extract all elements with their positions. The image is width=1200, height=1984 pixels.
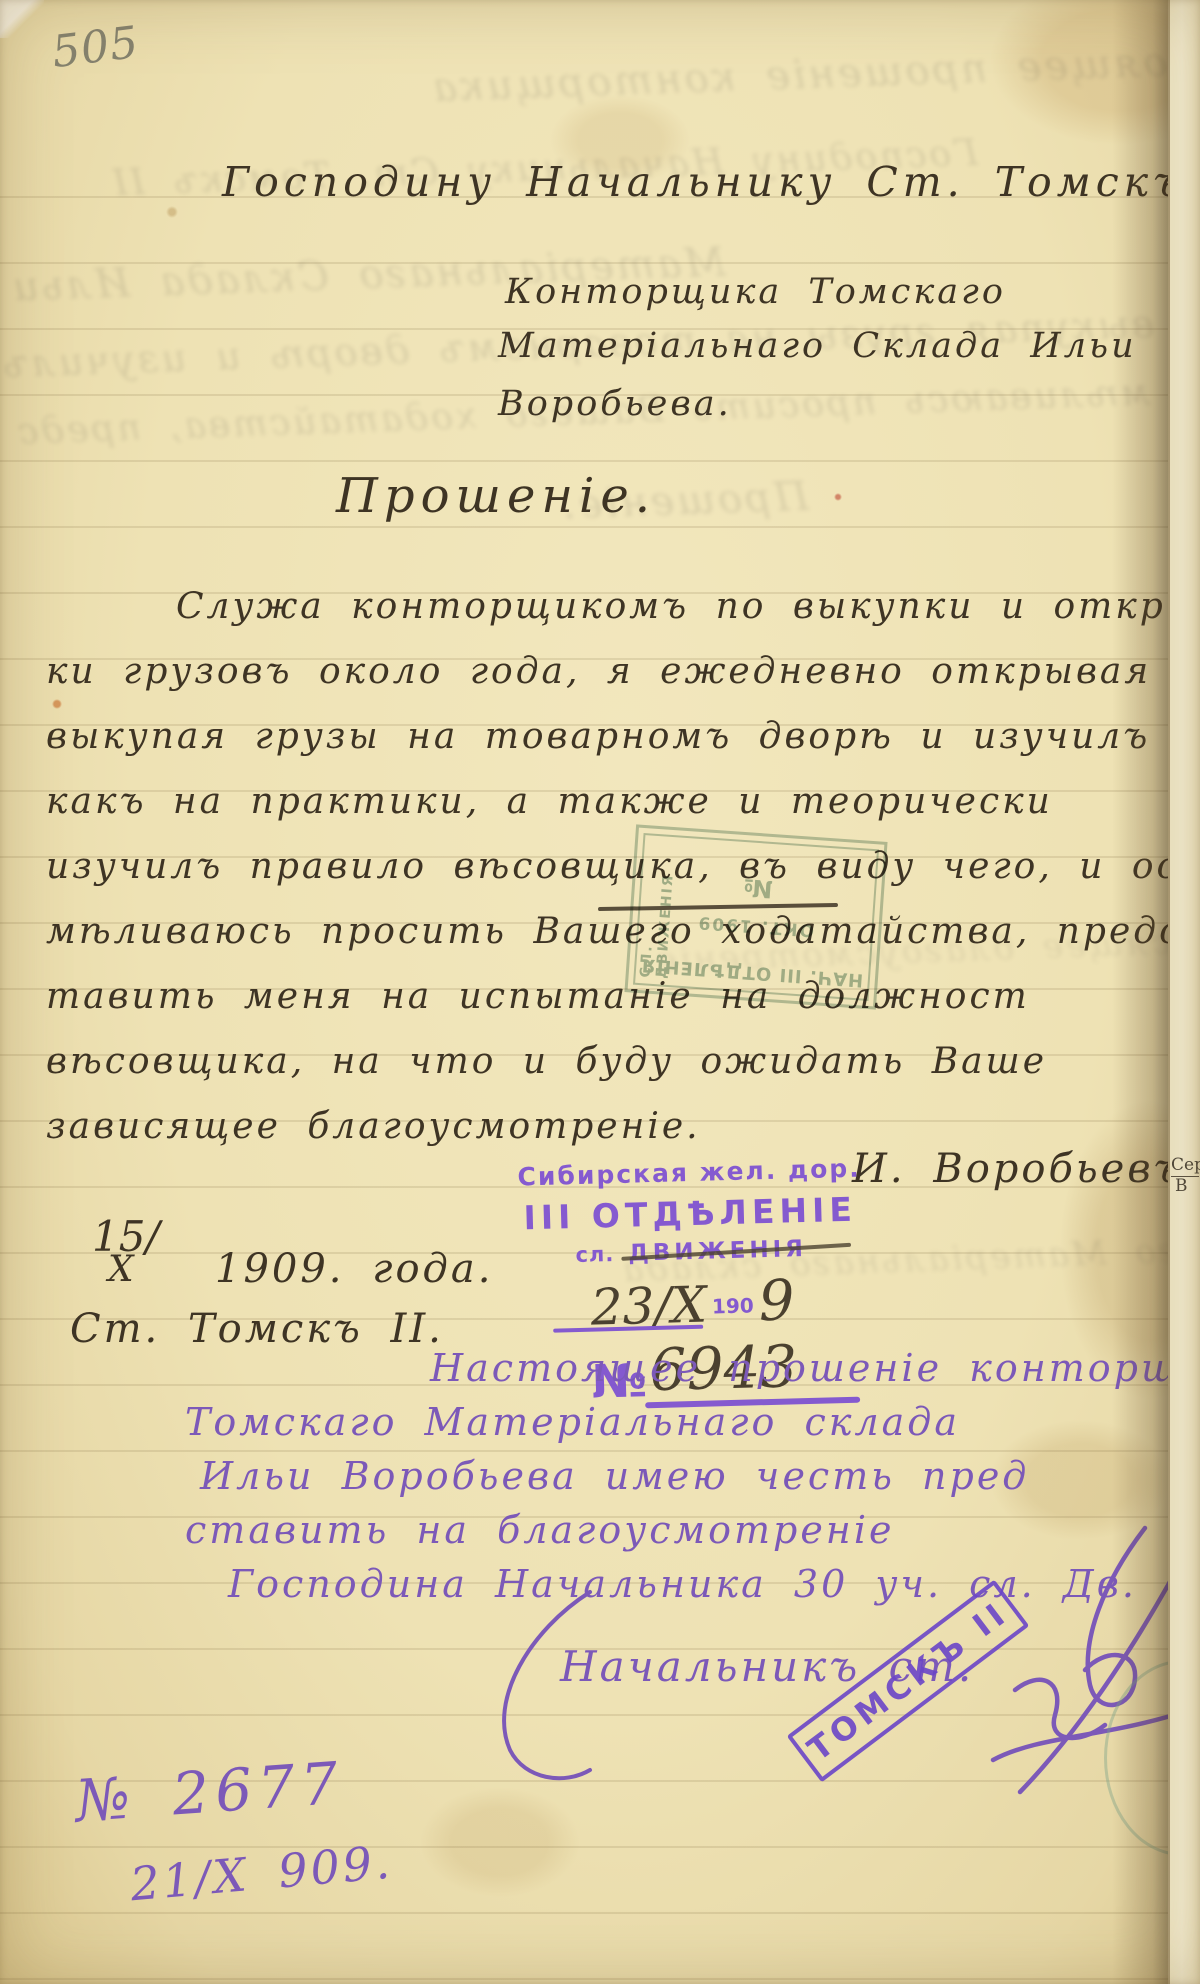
- resolution-line: ставить на благоусмотреніе: [185, 1508, 894, 1552]
- body-line: выкупая грузы на товарномъ дворѣ и изучи…: [46, 716, 1150, 757]
- body-line: вѣсовщика, на что и буду ожидать Ваше: [46, 1041, 1047, 1082]
- stamp-railway-name: Сибирская жел. дор.: [489, 1153, 890, 1192]
- resolution-line: Томскаго Матеріальнаго склада: [185, 1400, 960, 1444]
- stamp-year-printed: 190: [712, 1293, 754, 1318]
- green-stamp-frame: НАЧ. III ОТДѢЛЕНІЯ ОКТ. 1909 № СЛ. ДВИЖЕ…: [633, 833, 879, 1001]
- body-line: Служа конторщикомъ по выкупки и откры: [176, 586, 1198, 627]
- green-stamp-date: ОКТ. 1909: [696, 912, 815, 940]
- page-corner: [0, 0, 44, 38]
- body-line: ки грузовъ около года, я ежедневно откры…: [46, 651, 1200, 692]
- stamp-year-handwritten: 9: [758, 1268, 795, 1334]
- station-line: Ст. Томскъ II.: [70, 1306, 444, 1352]
- petition-title: Прошеніе.: [336, 468, 656, 524]
- series-value: В: [1171, 1177, 1199, 1196]
- petition-date: 15/ X: [92, 1212, 160, 1290]
- adjacent-page-edge: Сер В: [1168, 0, 1200, 1984]
- bleed-through-text: Настоящее прошеніе конторщика: [429, 35, 1200, 111]
- green-division-stamp: НАЧ. III ОТДѢЛЕНІЯ ОКТ. 1909 № СЛ. ДВИЖЕ…: [624, 824, 887, 1009]
- stamp-service-abbrev: сл.: [575, 1242, 614, 1267]
- series-label: Сер: [1171, 1156, 1199, 1177]
- resolution-line: Настоящее прошеніе конторщика: [430, 1346, 1200, 1390]
- green-stamp-numero: №: [743, 873, 774, 903]
- body-line: изучилъ правило вѣсовщика, въ виду чего,…: [46, 846, 1180, 887]
- outgoing-date: 21/X 909.: [128, 1835, 395, 1912]
- body-line: тавить меня на испытаніе на должност: [46, 976, 1030, 1017]
- addressee-line-1: Конторщика Томскаго: [505, 272, 1006, 312]
- green-stamp-title: НАЧ. III ОТДѢЛЕНІЯ: [640, 954, 864, 990]
- page-fold-shadow: [1112, 0, 1170, 1984]
- petition-date-year: 1909. года.: [215, 1246, 493, 1292]
- outgoing-number: № 2677: [73, 1749, 346, 1836]
- addressee-line-3: Воробьева.: [498, 384, 732, 424]
- document-page: Настоящее прошеніе конторщика Господину …: [0, 0, 1200, 1984]
- folio-number: 505: [49, 17, 142, 78]
- salutation-line: Господину Начальнику Ст. Томскъ II: [222, 158, 1200, 206]
- stamp-division: III ОТДѢЛЕНІЕ: [490, 1189, 891, 1238]
- body-line: мѣливаюсь просить Вашего ходатайства, пр…: [46, 911, 1182, 952]
- addressee-line-2: Матеріальнаго Склада Ильи: [498, 326, 1137, 366]
- petitioner-signature: И. Воробьевъ—.: [852, 1146, 1200, 1192]
- resolution-line: Ильи Воробьева имею честь пред: [200, 1454, 1029, 1498]
- adjacent-page-series: Сер В: [1171, 1156, 1199, 1196]
- body-line: зависящее благоусмотреніе.: [46, 1106, 701, 1147]
- stamp-date-row: 23/X 190 9: [492, 1266, 893, 1338]
- body-line: какъ на практики, а также и теорически: [46, 781, 1053, 822]
